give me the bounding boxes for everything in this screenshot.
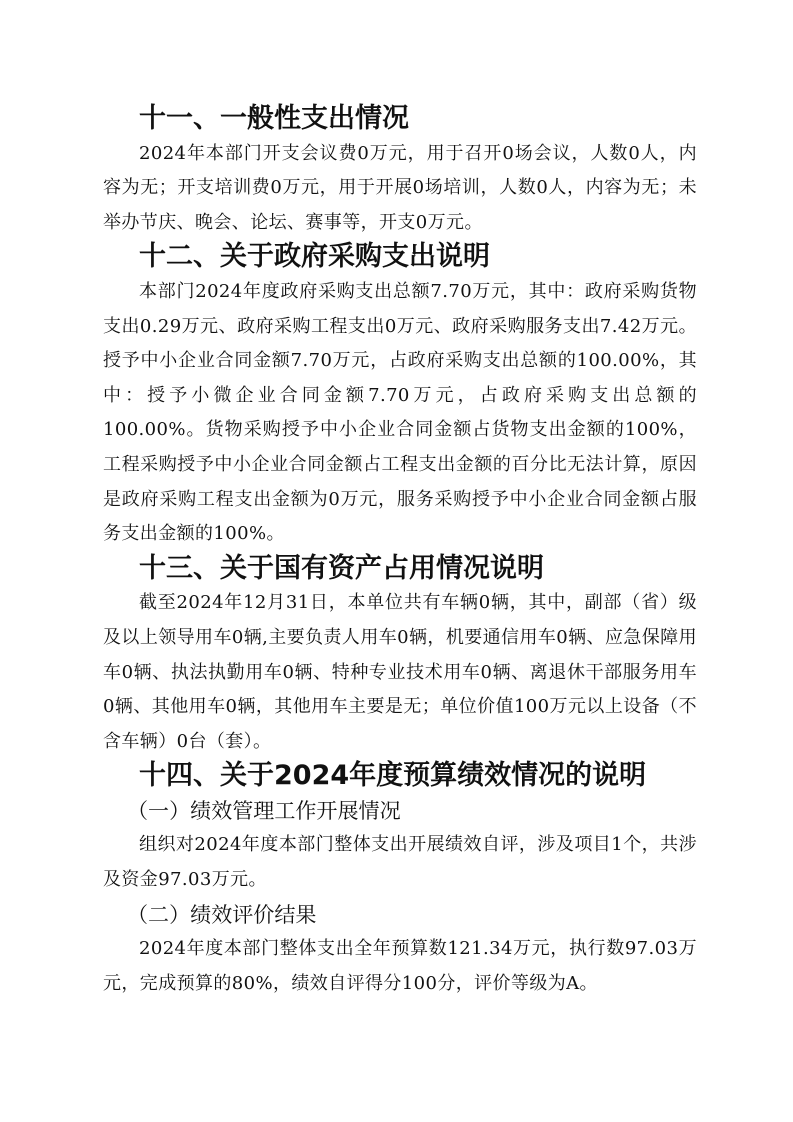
subheading-evaluation-results: （二）绩效评价结果 <box>103 898 697 933</box>
paragraph-state-assets: 截至2024年12月31日，本单位共有车辆0辆，其中，副部（省）级及以上领导用车… <box>103 586 697 759</box>
document-page: 十一、一般性支出情况 2024年本部门开支会议费0万元，用于召开0场会议，人数0… <box>103 102 697 1001</box>
section-heading-budget-performance: 十四、关于2024年度预算绩效情况的说明 <box>103 759 697 794</box>
paragraph-evaluation-results: 2024年度本部门整体支出全年预算数121.34万元，执行数97.03万元，完成… <box>103 932 697 1001</box>
section-heading-general-expenditure: 十一、一般性支出情况 <box>103 102 697 137</box>
section-heading-state-assets: 十三、关于国有资产占用情况说明 <box>103 552 697 587</box>
paragraph-government-procurement: 本部门2024年度政府采购支出总额7.70万元，其中：政府采购货物支出0.29万… <box>103 275 697 552</box>
paragraph-performance-management: 组织对2024年度本部门整体支出开展绩效自评，涉及项目1个，共涉及资金97.03… <box>103 828 697 897</box>
section-heading-government-procurement: 十二、关于政府采购支出说明 <box>103 240 697 275</box>
paragraph-general-expenditure: 2024年本部门开支会议费0万元，用于召开0场会议，人数0人，内容为无；开支培训… <box>103 137 697 241</box>
subheading-performance-management: （一）绩效管理工作开展情况 <box>103 794 697 829</box>
